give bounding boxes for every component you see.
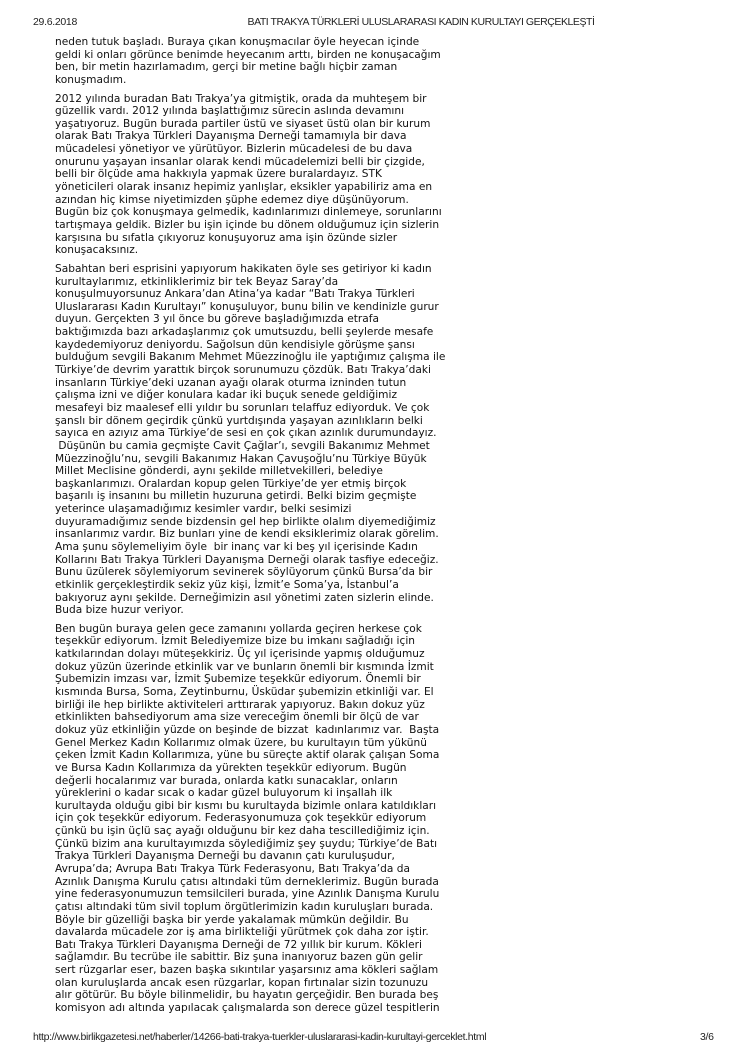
paragraph-line: tartışmaya geldik. Bizler bu işin içinde…: [55, 219, 475, 232]
paragraph-line: yine federasyonumuzun temsilcileri burad…: [55, 888, 475, 901]
paragraph-line: kurultayda olduğu gibi bir kısmı bu kuru…: [55, 800, 475, 813]
paragraph-line: başarılı iş insanını bu milletin huzurun…: [55, 490, 475, 503]
paragraph-line: onurunu yaşayan insanlar olarak kendi mü…: [55, 156, 475, 169]
paragraph-line: Çünkü bizim ana kurultayımızda söylediği…: [55, 838, 475, 851]
paragraph-line: şanslı bir dönem geçirdik çünkü yurtdışı…: [55, 415, 475, 428]
paragraph-line: davalarda mücadele zor iş ama birlikteli…: [55, 926, 475, 939]
paragraph-line: katkılarından dolayı müteşekkiriz. Üç yı…: [55, 648, 475, 661]
paragraph-line: olan kuruluşlarda ancak esen rüzgarlar, …: [55, 977, 475, 990]
paragraph-line: yeterince ulaşamadığımız kesimler vardır…: [55, 503, 475, 516]
paragraph-line: duyuramadığımız sende bizdensin gel hep …: [55, 516, 475, 529]
paragraph-line: komisyon adı altında yapılacak çalışmala…: [55, 1002, 475, 1015]
paragraph-line: azından hiç kimse niyetimizden şüphe ede…: [55, 194, 475, 207]
paragraph-line: dokuz yüzün üzerinde etkinlik var ve bun…: [55, 661, 475, 674]
paragraph-line: ve Bursa Kadın Kollarımıza da yürekten t…: [55, 762, 475, 775]
page-title: BATI TRAKYA TÜRKLERİ ULUSLARARASI KADIN …: [237, 16, 605, 28]
article-paragraph: 2012 yılında buradan Batı Trakya’ya gitm…: [55, 93, 475, 257]
paragraph-line: güzellik vardı. 2012 yılında başlattığım…: [55, 105, 475, 118]
paragraph-line: mesafeyi biz maalesef elli yıldır bu sor…: [55, 402, 475, 415]
paragraph-line: Kollarını Batı Trakya Türkleri Dayanışma…: [55, 554, 475, 567]
paragraph-line: Sabahtan beri esprisini yapıyorum hakika…: [55, 263, 475, 276]
paragraph-line: birliği ile hep birlikte aktiviteleri ar…: [55, 699, 475, 712]
paragraph-line: mücadelesi yönetiyor ve yürütüyor. Bizle…: [55, 143, 475, 156]
paragraph-line: bulduğum sevgili Bakanım Mehmet Müezzino…: [55, 351, 475, 364]
paragraph-line: etkinlik gerçekleştirdik sekiz yüz kişi,…: [55, 579, 475, 592]
paragraph-line: Düşünün bu camia geçmişte Cavit Çağlar’ı…: [55, 440, 475, 453]
paragraph-line: Müezzinoğlu’nu, sevgili Bakanımız Hakan …: [55, 453, 475, 466]
paragraph-line: çatısı altındaki tüm sivil toplum örgütl…: [55, 901, 475, 914]
paragraph-line: olarak Batı Trakya Türkleri Dayanışma De…: [55, 130, 475, 143]
article-paragraph: Ben bugün buraya gelen gece zamanını yol…: [55, 623, 475, 1015]
paragraph-line: Uluslararası Kadın Kurultayı” konuşuluyo…: [55, 301, 475, 314]
paragraph-line: insanlarımız vardır. Biz bunları yine de…: [55, 528, 475, 541]
paragraph-line: Bunu üzülerek söylemiyorum sevinerek söy…: [55, 566, 475, 579]
paragraph-line: başkanlarımızı. Oralardan kopup gelen Tü…: [55, 478, 475, 491]
paragraph-line: Böyle bir güzelliği başka bir yerde yaka…: [55, 914, 475, 927]
paragraph-line: Buda bize huzur veriyor.: [55, 604, 475, 617]
paragraph-line: insanların Türkiye’deki uzanan ayağı ola…: [55, 377, 475, 390]
source-url: http://www.birlikgazetesi.net/haberler/1…: [33, 1031, 486, 1043]
paragraph-line: dokuz yüz etkinliğin yüzde on beşinde de…: [55, 724, 475, 737]
paragraph-line: geldi ki onları görünce benimde heyecanı…: [55, 49, 475, 62]
paragraph-line: sayıca en azıyız ama Türkiye’de sesi en …: [55, 427, 475, 440]
paragraph-line: Genel Merkez Kadın Kollarımız olmak üzer…: [55, 737, 475, 750]
paragraph-line: belli bir ölçüde ama hakkıyla yapmak üze…: [55, 168, 475, 181]
paragraph-line: Avrupa’da; Avrupa Batı Trakya Türk Feder…: [55, 863, 475, 876]
paragraph-line: yaşatıyoruz. Bugün burada partiler üstü …: [55, 118, 475, 131]
print-footer: http://www.birlikgazetesi.net/haberler/1…: [0, 1031, 750, 1047]
paragraph-line: Batı Trakya Türkleri Dayanışma Derneği d…: [55, 939, 475, 952]
paragraph-line: sert rüzgarlar eser, bazen başka sıkıntı…: [55, 964, 475, 977]
paragraph-line: 2012 yılında buradan Batı Trakya’ya gitm…: [55, 93, 475, 106]
paragraph-line: kısmında Bursa, Soma, Zeytinburnu, Üsküd…: [55, 686, 475, 699]
paragraph-line: karşısına bu sıfatla çıkıyoruz konuşuyor…: [55, 232, 475, 245]
paragraph-line: için çok teşekkür ediyorum. Federasyonum…: [55, 812, 475, 825]
paragraph-line: Ama şunu söylemeliyim öyle bir inanç var…: [55, 541, 475, 554]
paragraph-line: baktığımızda bazı arkadaşlarımız çok umu…: [55, 326, 475, 339]
paragraph-line: konuşacaksınız.: [55, 244, 475, 257]
article-paragraph: Sabahtan beri esprisini yapıyorum hakika…: [55, 263, 475, 617]
paragraph-line: çünkü bu işin üçlü saç ayağı olduğunu bi…: [55, 825, 475, 838]
paragraph-line: Ben bugün buraya gelen gece zamanını yol…: [55, 623, 475, 636]
print-date: 29.6.2018: [33, 16, 77, 28]
paragraph-line: kurultaylarımız, etkinliklerimiz bir tek…: [55, 276, 475, 289]
article-paragraph: neden tutuk başladı. Buraya çıkan konuşm…: [55, 36, 475, 87]
paragraph-line: konuşulmuyorsunuz Ankara’dan Atina’ya ka…: [55, 288, 475, 301]
paragraph-line: Şubemizin imzası var, İzmit Şubemize teş…: [55, 673, 475, 686]
paragraph-line: Trakya Türkleri Dayanışma Derneği bu dav…: [55, 850, 475, 863]
paragraph-line: yöneticileri olarak insanız hepimiz yanl…: [55, 181, 475, 194]
print-header: 29.6.2018 BATI TRAKYA TÜRKLERİ ULUSLARAR…: [0, 16, 750, 32]
paragraph-line: neden tutuk başladı. Buraya çıkan konuşm…: [55, 36, 475, 49]
paragraph-line: Türkiye’de devrim yarattık birçok sorunu…: [55, 364, 475, 377]
paragraph-line: etkinlikten bahsediyorum ama size verece…: [55, 711, 475, 724]
page-number: 3/6: [700, 1031, 714, 1043]
paragraph-line: Bugün biz çok konuşmaya gelmedik, kadınl…: [55, 206, 475, 219]
paragraph-line: Millet Meclisine gönderdi, aynı şekilde …: [55, 465, 475, 478]
article-body: neden tutuk başladı. Buraya çıkan konuşm…: [55, 36, 475, 1021]
paragraph-line: konuşmadım.: [55, 74, 475, 87]
paragraph-line: duyun. Gerçekten 3 yıl önce bu göreve ba…: [55, 313, 475, 326]
paragraph-line: değerli hocalarımız var burada, onlarda …: [55, 775, 475, 788]
paragraph-line: sağlamdır. Bu tecrübe ile sabittir. Biz …: [55, 951, 475, 964]
paragraph-line: çalışma izni ve diğer konulara kadar iki…: [55, 389, 475, 402]
paragraph-line: bakıyoruz aynı şekilde. Derneğimizin ası…: [55, 592, 475, 605]
paragraph-line: ben, bir metin hazırlamadım, gerçi bir m…: [55, 61, 475, 74]
paragraph-line: Azınlık Danışma Kurulu çatısı altındaki …: [55, 876, 475, 889]
paragraph-line: kaydedemiyoruz deniyordu. Sağolsun dün k…: [55, 339, 475, 352]
paragraph-line: çeken İzmit Kadın Kollarımıza, yüne bu s…: [55, 749, 475, 762]
paragraph-line: teşekkür ediyorum. İzmit Belediyemize bi…: [55, 635, 475, 648]
paragraph-line: alır götürür. Bu böyle bilinmelidir, bu …: [55, 989, 475, 1002]
paragraph-line: yüreklerini o kadar sıcak o kadar güzel …: [55, 787, 475, 800]
